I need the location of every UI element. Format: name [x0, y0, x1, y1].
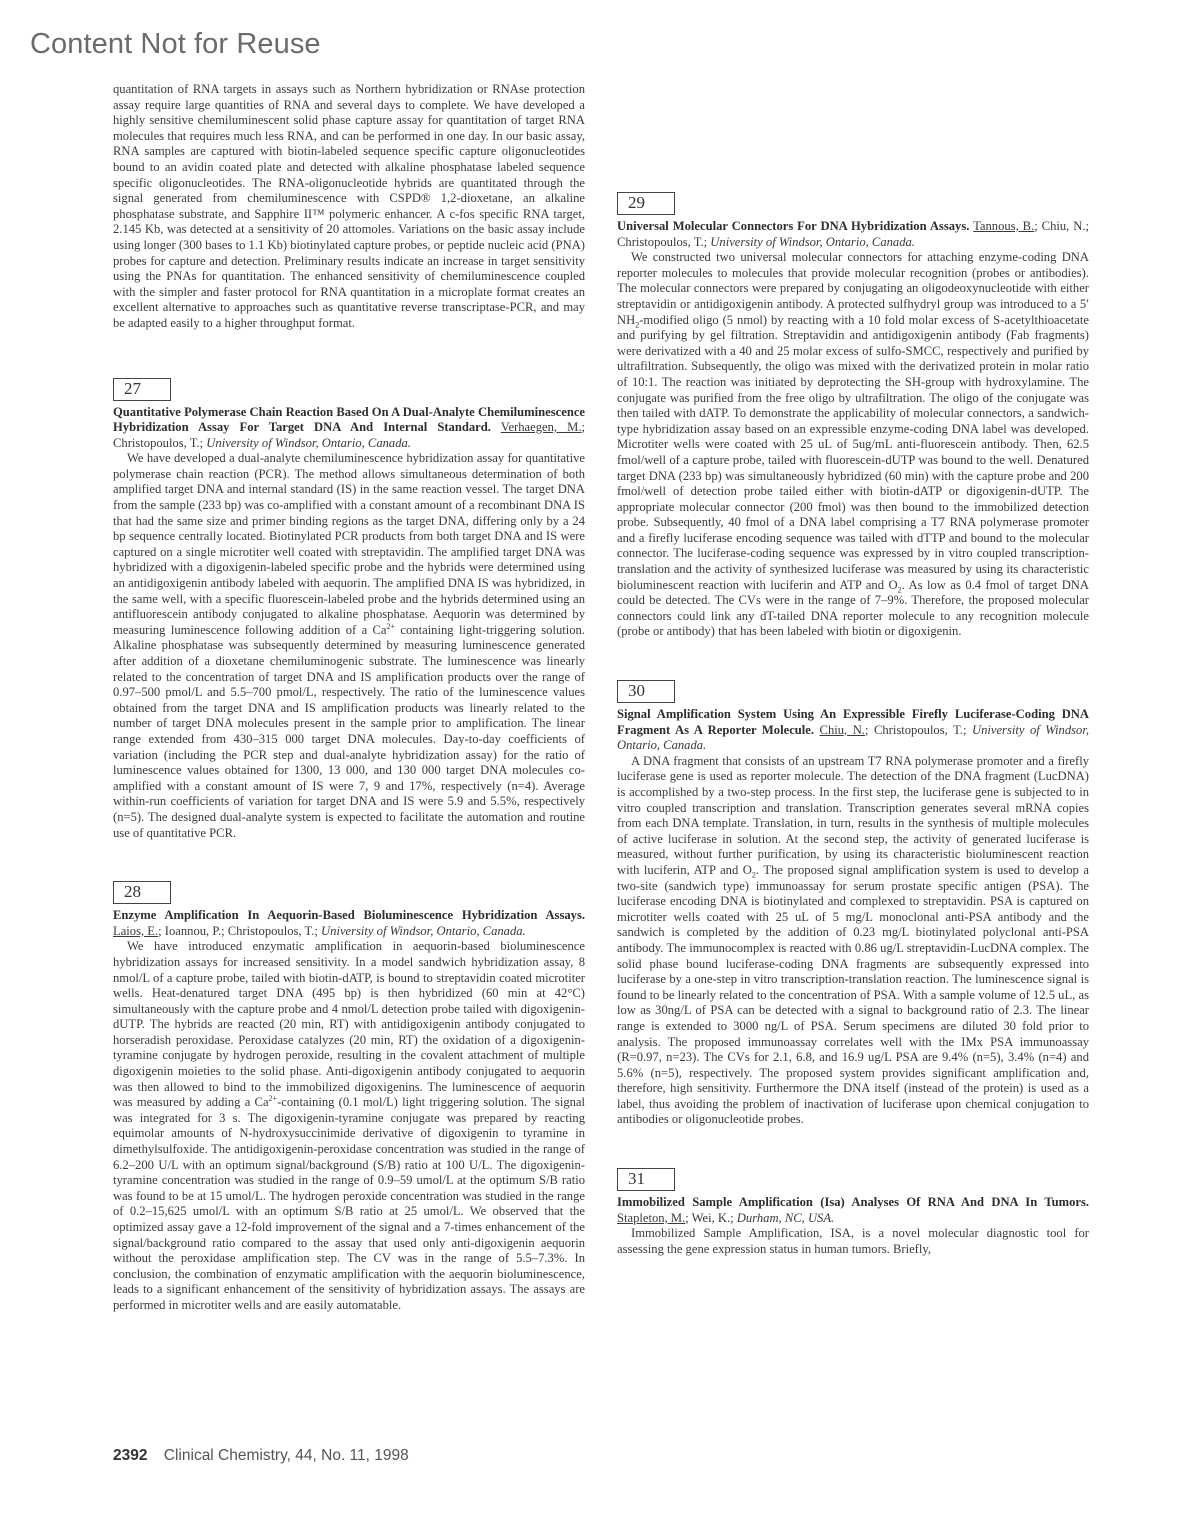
abstract-number: 31: [617, 1168, 675, 1191]
abstract-body: Immobilized Sample Amplification, ISA, i…: [617, 1226, 1089, 1257]
affiliation: University of Windsor, Ontario, Canada.: [206, 436, 411, 450]
affiliation: University of Windsor, Ontario, Canada.: [710, 235, 915, 249]
presenting-author: Laios, E.: [113, 924, 158, 938]
abstract-28: 28 Enzyme Amplification In Aequorin-Base…: [113, 881, 585, 1313]
abstract-27: 27 Quantitative Polymerase Chain Reactio…: [113, 378, 585, 842]
abstract-30: 30 Signal Amplification System Using An …: [617, 680, 1089, 1128]
journal-citation: Clinical Chemistry, 44, No. 11, 1998: [164, 1447, 409, 1464]
abstract-title: Universal Molecular Connectors For DNA H…: [617, 219, 969, 233]
abstract-number: 28: [113, 881, 171, 904]
abstract-number: 27: [113, 378, 171, 401]
presenting-author: Verhaegen, M.: [501, 420, 582, 434]
abstract-body: A DNA fragment that consists of an upstr…: [617, 754, 1089, 1128]
presenting-author: Tannous, B.: [973, 219, 1034, 233]
abstract-number: 29: [617, 192, 675, 215]
left-column: quantitation of RNA targets in assays su…: [113, 82, 585, 1427]
affiliation: University of Windsor, Ontario, Canada.: [321, 924, 526, 938]
abstract-number: 30: [617, 680, 675, 703]
abstract-body: We constructed two universal molecular c…: [617, 250, 1089, 640]
coauthors: ; Ioannou, P.; Christopoulos, T.;: [158, 924, 321, 938]
presenting-author: Stapleton, M.: [617, 1211, 685, 1225]
abstract-body: We have introduced enzymatic amplificati…: [113, 939, 585, 1313]
continuation-text: quantitation of RNA targets in assays su…: [113, 82, 585, 332]
watermark: Content Not for Reuse: [30, 28, 321, 61]
coauthors: ; Wei, K.;: [685, 1211, 737, 1225]
right-column: 29 Universal Molecular Connectors For DN…: [617, 82, 1089, 1427]
affiliation: Durham, NC, USA.: [737, 1211, 834, 1225]
abstract-title: Immobilized Sample Amplification (Isa) A…: [617, 1195, 1089, 1209]
abstract-31: 31 Immobilized Sample Amplification (Isa…: [617, 1168, 1089, 1257]
page-number: 2392: [113, 1447, 147, 1464]
abstract-29: 29 Universal Molecular Connectors For DN…: [617, 192, 1089, 640]
abstract-body: We have developed a dual-analyte chemilu…: [113, 451, 585, 841]
presenting-author: Chiu, N.: [820, 723, 865, 737]
abstract-title: Enzyme Amplification In Aequorin-Based B…: [113, 908, 585, 922]
coauthors: ; Christopoulos, T.;: [865, 723, 972, 737]
page-footer: 2392 Clinical Chemistry, 44, No. 11, 199…: [113, 1447, 409, 1465]
